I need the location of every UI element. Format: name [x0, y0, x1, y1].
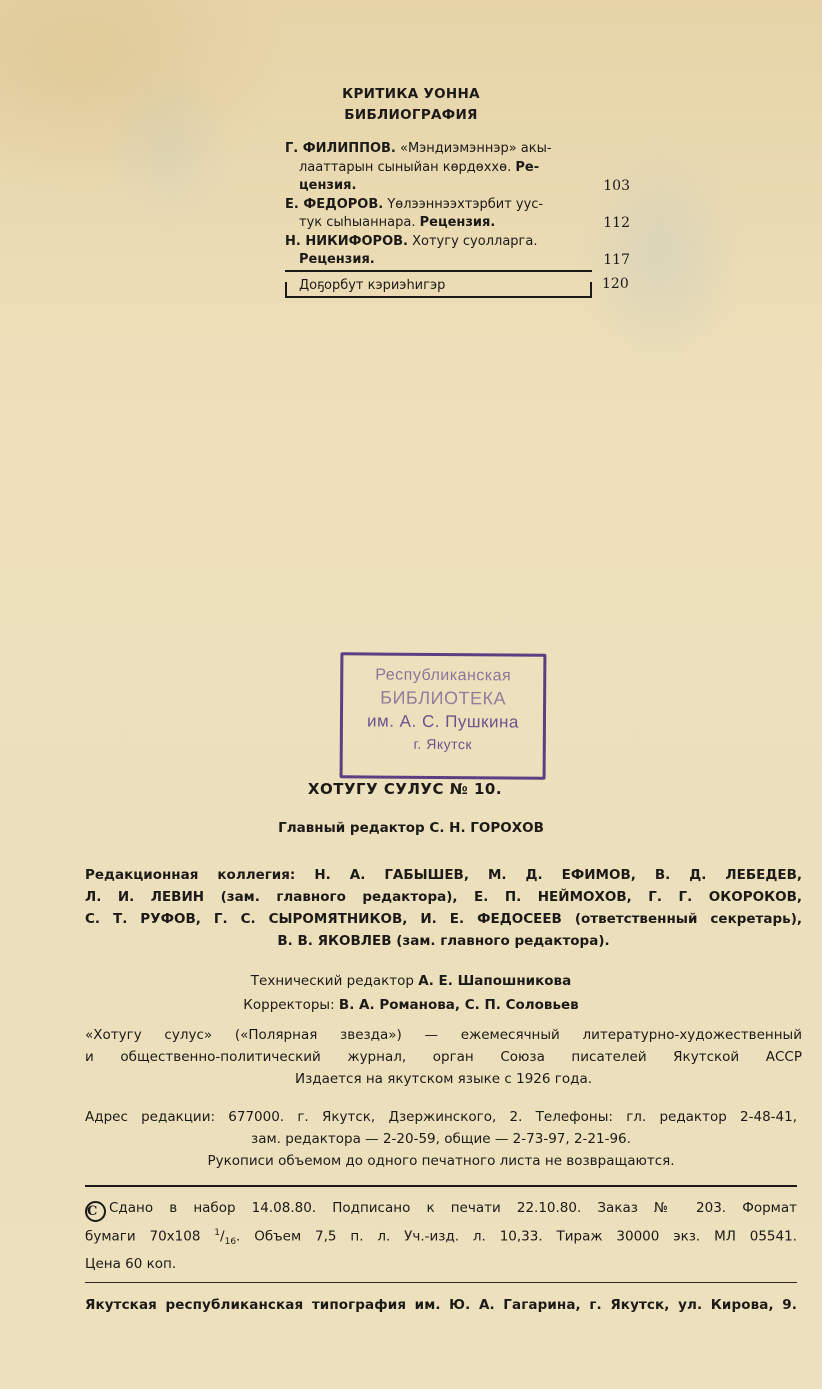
toc-title-cont: тук сыһыаннара. [299, 215, 415, 230]
toc-entry[interactable]: Е. ФЕДОРОВ. Үөлээннээхтэрбит уус- тук сы… [285, 196, 630, 233]
toc-title: «Мэндиэмэннэр» акы- [400, 141, 552, 156]
toc-author: Н. НИКИФОРОВ. [285, 234, 408, 249]
tech-editor-label: Технический редактор [251, 973, 414, 989]
description-line: «Хотугу сулус» («Полярная звезда») — еже… [85, 1024, 802, 1046]
toc-review-label-cont: цензия. [299, 178, 356, 193]
editorial-board-role: (ответственный секретарь), [575, 911, 802, 927]
magazine-description: «Хотугу сулус» («Полярная звезда») — еже… [85, 1024, 802, 1090]
toc-title-cont: лааттарын сыныйан көрдөххө. [299, 160, 511, 175]
stamp-line-3: им. А. С. Пушкина [343, 709, 543, 733]
editorial-board-members: С. Т. РУФОВ, Г. С. СЫРОМЯТНИКОВ, И. Е. Ф… [85, 911, 562, 927]
toc-entry[interactable]: Г. ФИЛИППОВ. «Мэндиэмэннэр» акы- лааттар… [285, 140, 630, 196]
editorial-board-members: В. В. ЯКОВЛЕВ [277, 933, 391, 949]
toc-review-label: Рецензия. [299, 252, 375, 267]
toc-page-number: 112 [603, 214, 630, 233]
boxed-entry-label: Доҕорбут кэриэһигэр [299, 278, 445, 293]
editor-in-chief: Главный редактор С. Н. ГОРОХОВ [0, 820, 822, 836]
stamp-line-1: Республиканская [343, 663, 543, 687]
proofreaders-names: В. А. Романова, С. П. Соловьев [339, 997, 579, 1013]
editorial-board-role: (зам. главного редактора). [396, 933, 609, 949]
boxed-entry-page-number: 120 [602, 276, 629, 292]
editorial-address: Адрес редакции: 677000. г. Якутск, Дзерж… [85, 1106, 797, 1172]
toc-author: Е. ФЕДОРОВ. [285, 197, 383, 212]
address-line: Адрес редакции: 677000. г. Якутск, Дзерж… [85, 1106, 797, 1128]
proofreaders-label: Корректоры: [243, 997, 334, 1013]
editorial-board: Редакционная коллегия: Н. А. ГАБЫШЕВ, М.… [85, 864, 802, 952]
divider [85, 1185, 797, 1187]
editorial-board-members: Л. И. ЛЕВИН [85, 889, 204, 905]
proofreaders: Корректоры: В. А. Романова, С. П. Соловь… [0, 997, 822, 1013]
editorial-board-members: Е. П. НЕЙМОХОВ, Г. Г. ОКОРОКОВ, [474, 889, 802, 905]
stamp-line-4: г. Якутск [343, 732, 543, 756]
tech-editor-name: А. Е. Шапошникова [418, 973, 571, 989]
toc-boxed-entry[interactable]: Доҕорбут кэриэһигэр [285, 270, 592, 298]
issue-title: ХОТУГУ СУЛУС № 10. [0, 780, 822, 798]
tech-editor: Технический редактор А. Е. Шапошникова [0, 973, 822, 989]
phones-line: зам. редактора — 2-20-59, общие — 2-73-9… [85, 1128, 797, 1150]
editorial-board-role: (зам. главного редактора), [221, 889, 458, 905]
colophon: CСдано в набор 14.08.80. Подписано к печ… [85, 1197, 797, 1275]
toc-title: Хотугу суолларга. [412, 234, 537, 249]
manuscripts-note: Рукописи объемом до одного печатного лис… [85, 1150, 797, 1172]
box-right-bar [590, 282, 592, 296]
toc-list: Г. ФИЛИППОВ. «Мэндиэмэннэр» акы- лааттар… [285, 140, 630, 270]
issue-title-text: ХОТУГУ СУЛУС № 10. [308, 780, 502, 798]
colophon-line: бумаги 70x108 [85, 1229, 200, 1245]
colophon-line: . Объем 7,5 п. л. Уч.-изд. л. 10,33. Тир… [236, 1229, 797, 1245]
toc-review-label: Ре- [515, 160, 539, 175]
fraction-numerator: 1 [214, 1228, 220, 1238]
section-title-bibliography: БИБЛИОГРАФИЯ [0, 107, 822, 123]
toc-review-label: Рецензия. [420, 215, 496, 230]
section-title-critique: КРИТИКА УОННА [0, 86, 822, 102]
editor-in-chief-label: Главный редактор [278, 820, 425, 836]
divider [85, 1282, 797, 1283]
printer-info: Якутская республиканская типография им. … [85, 1297, 797, 1313]
toc-page-number: 117 [603, 251, 630, 270]
copyright-icon: C [85, 1201, 106, 1222]
box-left-bar [285, 282, 287, 296]
fraction-denominator: 16 [225, 1237, 236, 1247]
editor-in-chief-name: С. Н. ГОРОХОВ [429, 820, 544, 836]
description-line: Издается на якутском языке с 1926 года. [85, 1068, 802, 1090]
toc-author: Г. ФИЛИППОВ. [285, 141, 396, 156]
editorial-board-label: Редакционная коллегия: [85, 867, 295, 883]
toc-title: Үөлээннээхтэрбит уус- [387, 197, 543, 212]
description-line: и общественно-политический журнал, орган… [85, 1046, 802, 1068]
editorial-board-members: Н. А. ГАБЫШЕВ, М. Д. ЕФИМОВ, В. Д. ЛЕБЕД… [314, 867, 802, 883]
colophon-line: Сдано в набор 14.08.80. Подписано к печа… [109, 1200, 797, 1216]
toc-page-number: 103 [603, 177, 630, 196]
toc-entry[interactable]: Н. НИКИФОРОВ. Хотугу суолларга. Рецензия… [285, 233, 630, 270]
price: Цена 60 коп. [85, 1253, 797, 1275]
library-stamp: Республиканская БИБЛИОТЕКА им. А. С. Пуш… [340, 652, 547, 779]
stamp-line-2: БИБЛИОТЕКА [343, 686, 543, 710]
